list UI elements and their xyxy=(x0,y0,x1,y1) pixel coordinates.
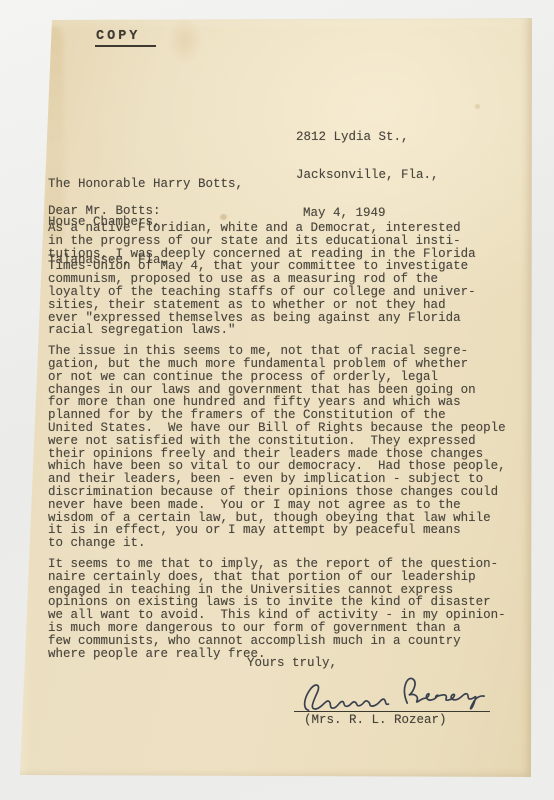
letter-date: May 4, 1949 xyxy=(296,207,439,220)
paper-crease xyxy=(168,18,202,64)
signature-block: Laura Rozear (Mrs. R. L. Rozear) xyxy=(294,670,490,727)
closing-line: Yours truly, xyxy=(247,657,337,670)
recipient-name: The Honorable Harry Botts, xyxy=(48,178,243,191)
body-paragraph-2: The issue in this seems to me, not that … xyxy=(48,345,526,550)
letter-paper: COPY 2812 Lydia St., Jacksonville, Fla.,… xyxy=(20,18,532,778)
salutation: Dear Mr. Botts: xyxy=(48,205,161,218)
body-paragraph-1: As a native Floridian, white and a Democ… xyxy=(48,222,526,337)
scanned-letter-page: COPY 2812 Lydia St., Jacksonville, Fla.,… xyxy=(0,0,554,800)
sender-address-line2: Jacksonville, Fla., xyxy=(296,169,439,182)
copy-stamp: COPY xyxy=(95,31,156,47)
sender-address-line1: 2812 Lydia St., xyxy=(296,131,439,144)
body-paragraph-3: It seems to me that to imply, as the rep… xyxy=(48,558,526,660)
signature-typed-name: (Mrs. R. L. Rozear) xyxy=(294,711,490,727)
letter-body: As a native Floridian, white and a Democ… xyxy=(48,222,526,668)
paper-stain-dot xyxy=(475,104,480,109)
